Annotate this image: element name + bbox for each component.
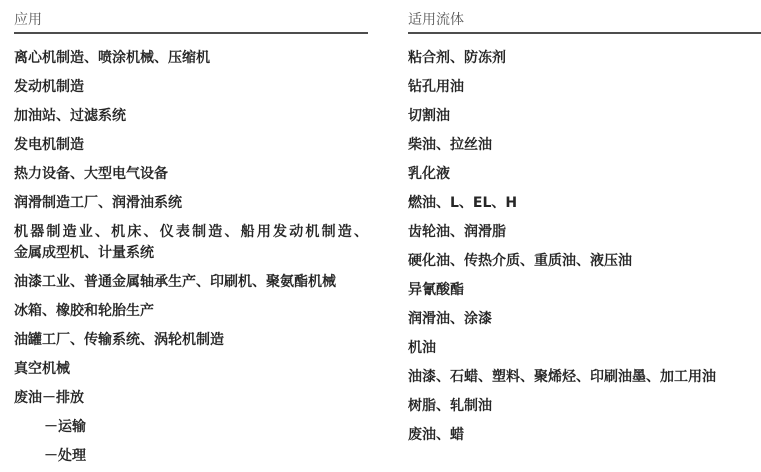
applications-list: 离心机制造、喷涂机械、压缩机发动机制造加油站、过滤系统发电机制造热力设备、大型电…	[14, 48, 368, 467]
list-item: 柴油、拉丝油	[408, 135, 761, 156]
list-item: 离心机制造、喷涂机械、压缩机	[14, 48, 368, 69]
list-item: 油漆工业、普通金属轴承生产、印刷机、聚氨酯机械	[14, 272, 368, 293]
list-item: 热力设备、大型电气设备	[14, 164, 368, 185]
fluids-header-rule	[408, 32, 761, 34]
list-item: 粘合剂、防冻剂	[408, 48, 761, 69]
list-item: 冰箱、橡胶和轮胎生产	[14, 301, 368, 322]
list-item: 钻孔用油	[408, 77, 761, 98]
list-item: 乳化液	[408, 164, 761, 185]
fluids-column: 适用流体 粘合剂、防冻剂钻孔用油切割油柴油、拉丝油乳化液燃油、L、EL、H齿轮油…	[408, 12, 761, 454]
list-item: 润滑油、涂漆	[408, 309, 761, 330]
list-item-line: 机器制造业、机床、仪表制造、船用发动机制造、	[14, 222, 368, 243]
fluids-list: 粘合剂、防冻剂钻孔用油切割油柴油、拉丝油乳化液燃油、L、EL、H齿轮油、润滑脂硬…	[408, 48, 761, 446]
list-item: 硬化油、传热介质、重质油、液压油	[408, 251, 761, 272]
list-item: －运输	[14, 417, 368, 438]
list-item: 机油	[408, 338, 761, 359]
list-item: 燃油、L、EL、H	[408, 193, 761, 214]
list-item: 树脂、轧制油	[408, 396, 761, 417]
list-item: 齿轮油、润滑脂	[408, 222, 761, 243]
applications-column-title: 应用	[14, 12, 368, 32]
list-item: 废油－排放	[14, 388, 368, 409]
list-item: 油罐工厂、传输系统、涡轮机制造	[14, 330, 368, 351]
applications-column: 应用 离心机制造、喷涂机械、压缩机发动机制造加油站、过滤系统发电机制造热力设备、…	[14, 12, 368, 472]
list-item: 真空机械	[14, 359, 368, 380]
list-item: －处理	[14, 446, 368, 467]
list-item: 切割油	[408, 106, 761, 127]
list-item: 发动机制造	[14, 77, 368, 98]
applications-header-rule	[14, 32, 368, 34]
list-item: 油漆、石蜡、塑料、聚烯烃、印刷油墨、加工用油	[408, 367, 761, 388]
list-item: 润滑制造工厂、润滑油系统	[14, 193, 368, 214]
list-item: 机器制造业、机床、仪表制造、船用发动机制造、金属成型机、计量系统	[14, 222, 368, 264]
list-item-line: 金属成型机、计量系统	[14, 243, 368, 264]
list-item: 废油、蜡	[408, 425, 761, 446]
list-item: 发电机制造	[14, 135, 368, 156]
list-item: 异氰酸酯	[408, 280, 761, 301]
list-item: 加油站、过滤系统	[14, 106, 368, 127]
fluids-column-title: 适用流体	[408, 12, 761, 32]
